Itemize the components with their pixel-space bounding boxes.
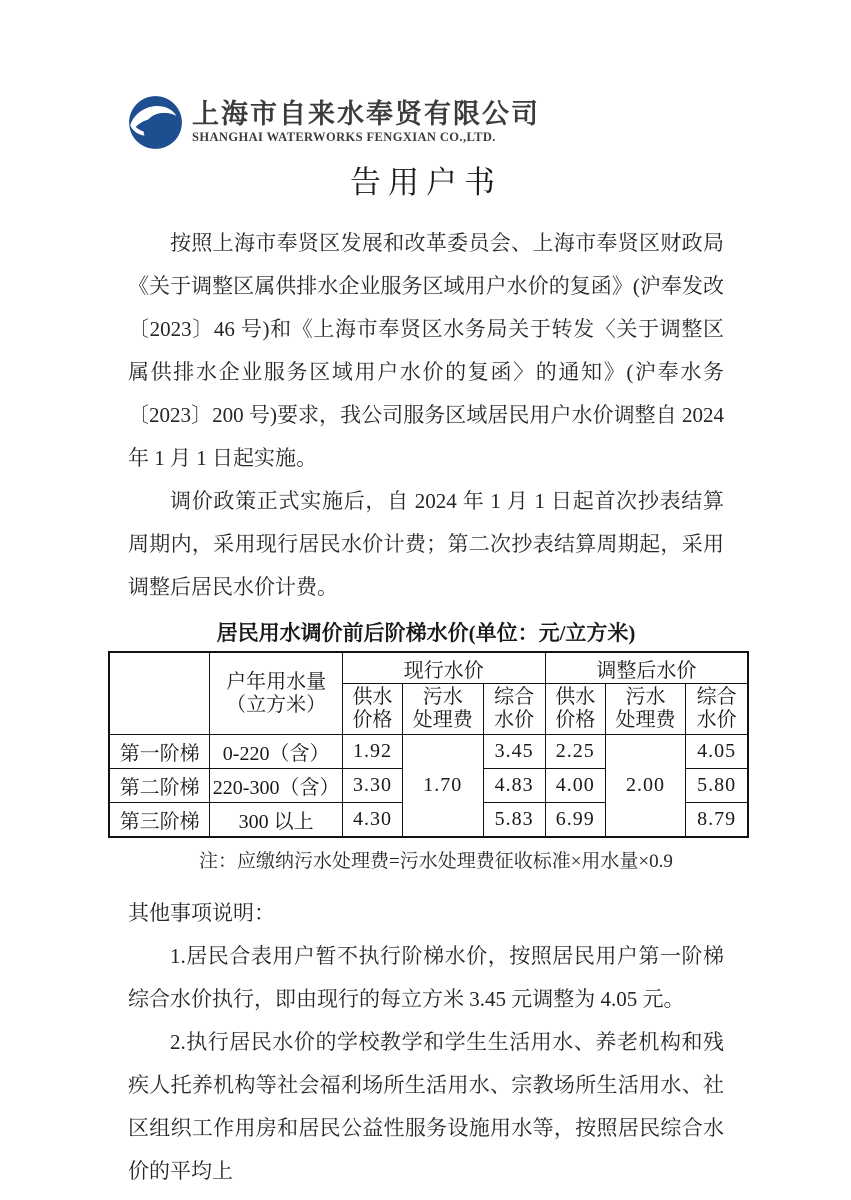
subheader-line: 处理费 [403,709,483,732]
subheader-line: 价格 [546,709,605,732]
subheader-line: 综合 [686,686,747,709]
subheader-line: 处理费 [606,709,686,732]
paragraph-implementation: 调价政策正式实施后，自 2024 年 1 月 1 日起首次抄表结算周期内，采用现… [128,480,724,609]
current-sewage-fee-cell: 1.70 [403,735,484,838]
group-header-current: 现行水价 [342,652,545,684]
other-note-item-2: 2.执行居民水价的学校教学和学生生活用水、养老机构和残疾人托养机构等社会福利场所… [128,1021,724,1193]
subheader-line: 供水 [546,686,605,709]
adjusted-sewage-fee-cell: 2.00 [605,735,686,838]
usage-header-line2: （立方米） [210,694,341,717]
sewage-fee-note: 注：应缴纳污水处理费=污水处理费征收标准×用水量×0.9 [128,850,724,874]
document-page: 上海市自来水奉贤有限公司 SHANGHAI WATERWORKS FENGXIA… [0,0,851,1200]
adjusted-supply-price-cell: 4.00 [545,769,605,803]
company-names: 上海市自来水奉贤有限公司 SHANGHAI WATERWORKS FENGXIA… [192,99,540,145]
price-table: 户年用水量 （立方米） 现行水价 调整后水价 供水 价格 污水 处理费 综合 水… [108,651,749,838]
subheader-current-composite: 综合 水价 [483,684,545,735]
table-row-tier1: 第一阶梯 0-220（含） 1.92 1.70 3.45 2.25 2.00 4… [109,735,748,769]
paragraph-policy-basis: 按照上海市奉贤区发展和改革委员会、上海市奉贤区财政局《关于调整区属供排水企业服务… [128,222,724,480]
adjusted-composite-price-cell: 8.79 [686,803,748,838]
subheader-line: 污水 [403,686,483,709]
subheader-line: 污水 [606,686,686,709]
current-supply-price-cell: 4.30 [342,803,402,838]
tier-cell: 第三阶梯 [109,803,210,838]
other-notes-heading: 其他事项说明： [128,892,724,935]
subheader-line: 综合 [484,686,545,709]
subheader-adjusted-sewage: 污水 处理费 [605,684,686,735]
current-supply-price-cell: 1.92 [342,735,402,769]
adjusted-composite-price-cell: 5.80 [686,769,748,803]
adjusted-composite-price-cell: 4.05 [686,735,748,769]
usage-header-cell: 户年用水量 （立方米） [210,652,342,735]
tier-cell: 第一阶梯 [109,735,210,769]
company-header: 上海市自来水奉贤有限公司 SHANGHAI WATERWORKS FENGXIA… [128,92,724,152]
subheader-line: 水价 [484,709,545,732]
intro-paragraphs: 按照上海市奉贤区发展和改革委员会、上海市奉贤区财政局《关于调整区属供排水企业服务… [128,222,724,609]
usage-cell: 220-300（含） [210,769,342,803]
current-composite-price-cell: 5.83 [483,803,545,838]
subheader-line: 水价 [686,709,747,732]
price-table-title: 居民用水调价前后阶梯水价(单位：元/立方米) [128,619,724,647]
document-title: 告用户书 [128,160,724,206]
usage-cell: 0-220（含） [210,735,342,769]
subheader-current-sewage: 污水 处理费 [403,684,484,735]
tier-cell: 第二阶梯 [109,769,210,803]
current-supply-price-cell: 3.30 [342,769,402,803]
current-composite-price-cell: 4.83 [483,769,545,803]
other-note-item-1: 1.居民合表用户暂不执行阶梯水价，按照居民用户第一阶梯综合水价执行，即由现行的每… [128,935,724,1021]
subheader-current-supply: 供水 价格 [342,684,402,735]
subheader-line: 供水 [343,686,402,709]
usage-cell: 300 以上 [210,803,342,838]
company-name-en: SHANGHAI WATERWORKS FENGXIAN CO.,LTD. [192,130,540,145]
water-wave-icon [128,95,183,150]
group-header-adjusted: 调整后水价 [545,652,748,684]
tier-header-cell [109,652,210,735]
subheader-adjusted-composite: 综合 水价 [686,684,748,735]
current-composite-price-cell: 3.45 [483,735,545,769]
subheader-line: 价格 [343,709,402,732]
adjusted-supply-price-cell: 2.25 [545,735,605,769]
subheader-adjusted-supply: 供水 价格 [545,684,605,735]
company-name-cn: 上海市自来水奉贤有限公司 [192,99,540,129]
usage-header-line1: 户年用水量 [210,671,341,694]
adjusted-supply-price-cell: 6.99 [545,803,605,838]
